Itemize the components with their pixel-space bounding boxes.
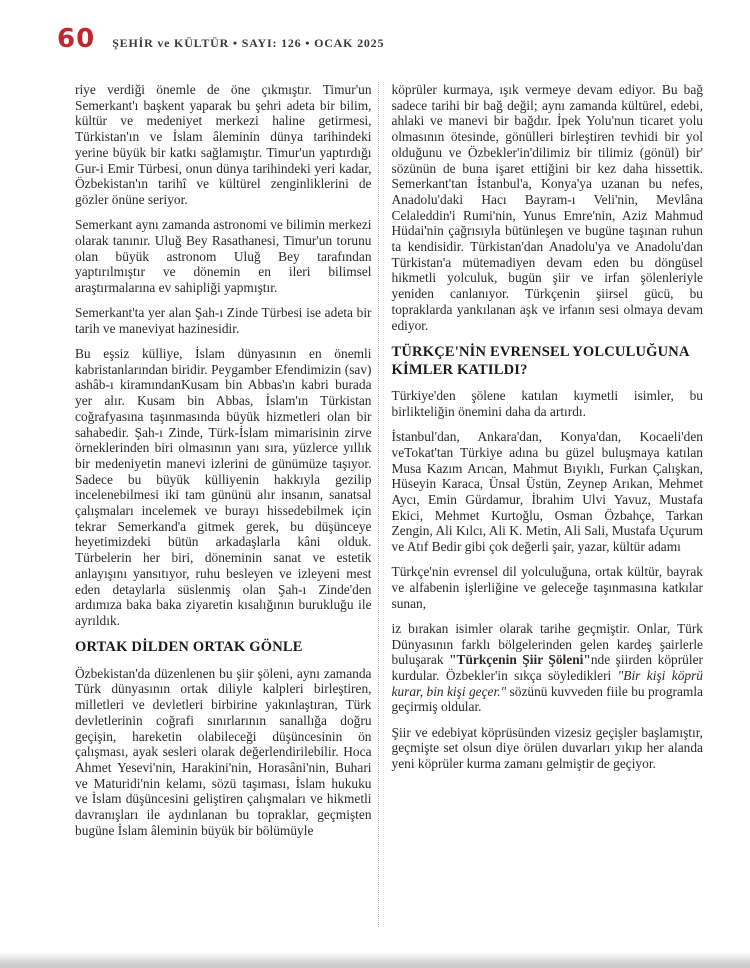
paragraph: Semerkant'ta yer alan Şah-ı Zinde Türbes… xyxy=(75,305,372,336)
paragraph: Türkiye'den şölene katılan kıymetli isim… xyxy=(392,388,703,419)
column-divider xyxy=(378,82,379,927)
paragraph: İstanbul'dan, Ankara'dan, Konya'dan, Koc… xyxy=(392,429,703,555)
paragraph: Türkçe'nin evrensel dil yolculuğuna, ort… xyxy=(392,564,703,611)
page-header: 60 ŞEHİR ve KÜLTÜR • SAYI: 126 • OCAK 20… xyxy=(57,26,384,52)
paragraph-with-emphasis: iz bırakan isimler olarak tarihe geçmişt… xyxy=(392,621,703,715)
bold-text-run: "Türkçenin Şiir Şöleni" xyxy=(449,652,591,667)
paragraph: Semerkant aynı zamanda astronomi ve bili… xyxy=(75,217,372,296)
paragraph: köprüler kurmaya, ışık vermeye devam edi… xyxy=(392,82,703,333)
article-body: riye verdiği önemle de öne çıkmıştır. Ti… xyxy=(75,82,703,927)
page-number: 60 xyxy=(57,26,95,52)
paragraph: Bu eşsiz külliye, İslam dünyasının en ön… xyxy=(75,346,372,629)
page-bottom-edge xyxy=(0,953,750,968)
journal-title-line: ŞEHİR ve KÜLTÜR • SAYI: 126 • OCAK 2025 xyxy=(112,36,384,51)
section-heading-ortak-dilden: ORTAK DİLDEN ORTAK GÖNLE xyxy=(75,638,372,656)
paragraph: Şiir ve edebiyat köprüsünden vizesiz geç… xyxy=(392,725,703,772)
magazine-page: 60 ŞEHİR ve KÜLTÜR • SAYI: 126 • OCAK 20… xyxy=(0,0,750,968)
paragraph: Özbekistan'da düzenlenen bu şiir şöleni,… xyxy=(75,666,372,839)
paragraph: riye verdiği önemle de öne çıkmıştır. Ti… xyxy=(75,82,372,208)
section-heading-kimler-katildi: TÜRKÇE'NİN EVRENSEL YOLCULUĞUNA KİMLER K… xyxy=(392,343,703,379)
right-column: köprüler kurmaya, ışık vermeye devam edi… xyxy=(392,82,703,927)
left-column: riye verdiği önemle de öne çıkmıştır. Ti… xyxy=(75,82,372,927)
